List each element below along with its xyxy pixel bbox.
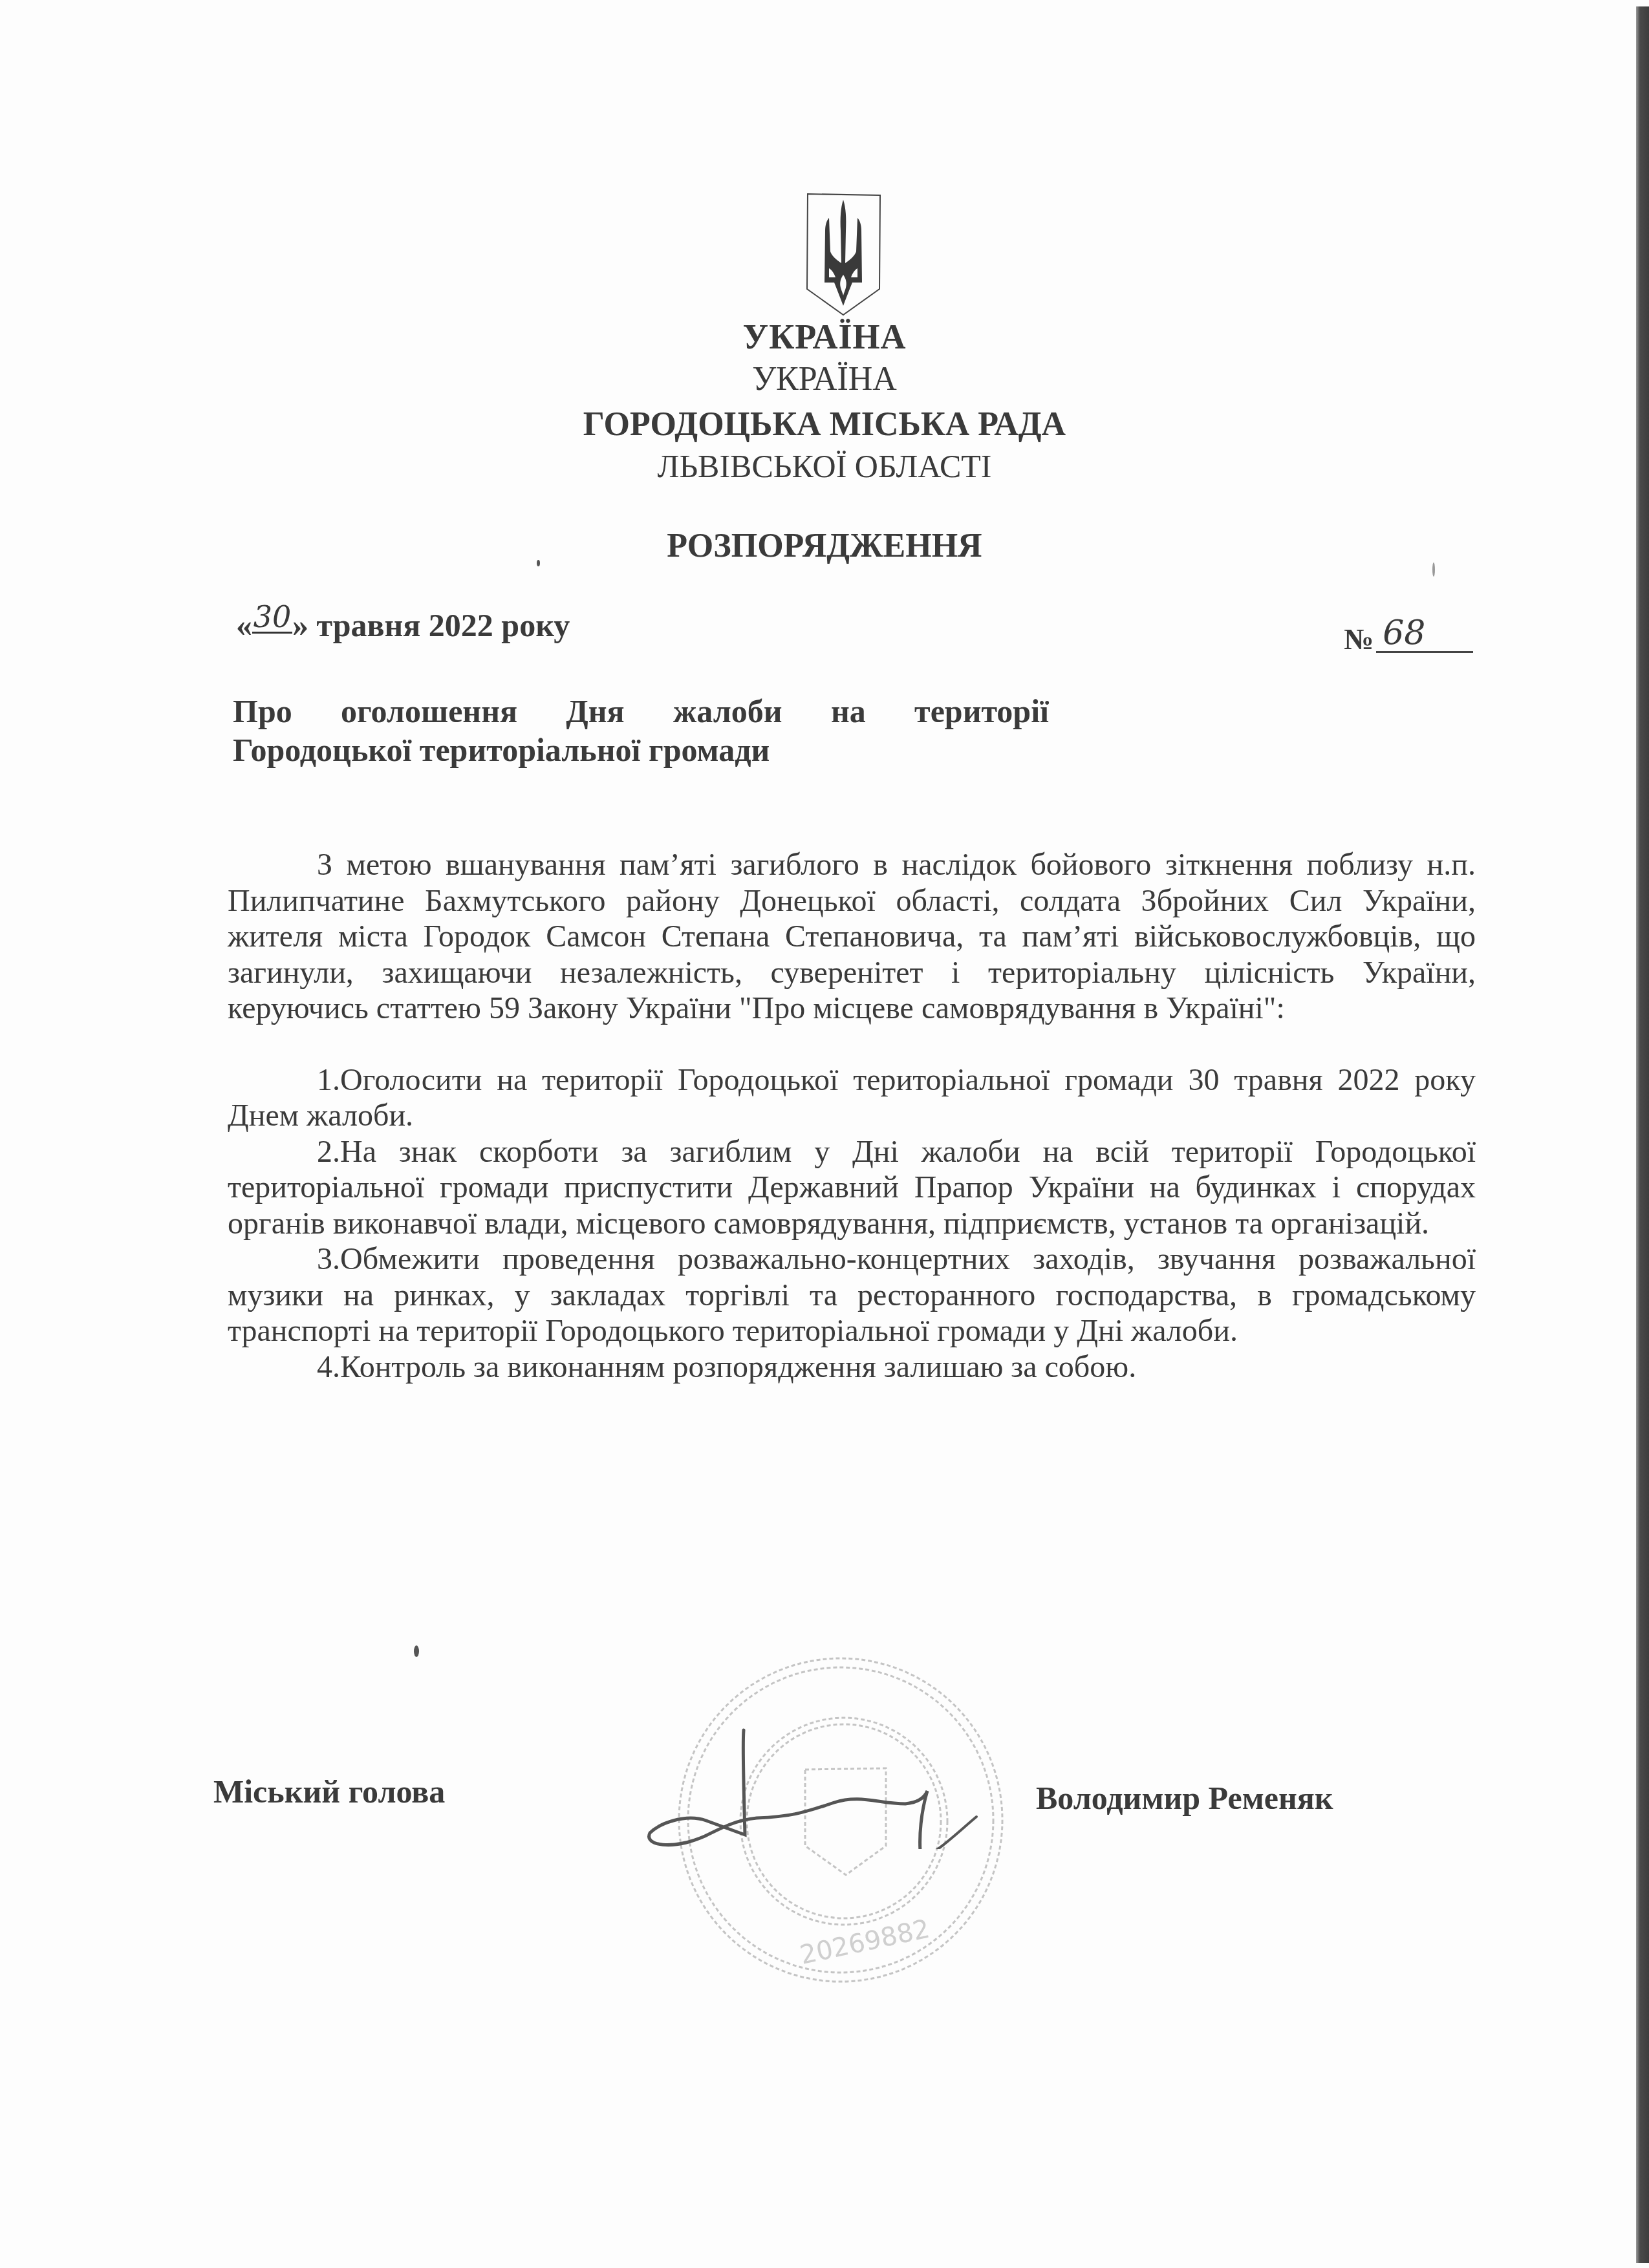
signatory-title: Міський голова: [213, 1773, 445, 1810]
document-type-title: РОЗПОРЯДЖЕННЯ: [0, 527, 1649, 565]
subject-word: Про: [233, 692, 292, 731]
signatory-name: Володимир Ременяк: [1036, 1779, 1333, 1817]
number-label: №: [1344, 623, 1374, 656]
scan-speck: [1432, 562, 1435, 577]
order-item-3: 3.Обмежити проведення розважально-концер…: [228, 1241, 1476, 1349]
country-heading-bold: УКРАЇНА: [0, 317, 1649, 357]
council-name: ГОРОДОЦЬКА МІСЬКА РАДА: [0, 405, 1649, 444]
subject-word: на: [831, 692, 866, 731]
document-body: З метою вшанування пам’яті загиблого в н…: [228, 847, 1476, 1385]
preamble-paragraph: З метою вшанування пам’яті загиблого в н…: [228, 847, 1476, 1027]
subject-word: Дня: [566, 692, 624, 731]
order-item-2: 2.На знак скорботи за загиблим у Дні жал…: [228, 1134, 1476, 1242]
country-heading: УКРАЇНА: [0, 360, 1649, 398]
ukraine-trident-emblem-icon: [806, 192, 881, 316]
region-name: ЛЬВІВСЬКОЇ ОБЛАСТІ: [0, 447, 1649, 485]
subject-word: оголошення: [341, 692, 517, 731]
scan-speck: [537, 560, 540, 566]
subject-line-1: Про оголошення Дня жалоби на території: [233, 692, 1049, 731]
subject-word: жалоби: [673, 692, 782, 731]
scan-speck: [414, 1645, 419, 1657]
order-item-1: 1.Оголосити на території Городоцької тер…: [228, 1062, 1476, 1134]
date-open-quote: «: [236, 607, 252, 643]
date-day-handwritten: 30: [252, 602, 292, 634]
date-close-quote: »: [292, 607, 308, 643]
date-month-year: травня 2022 року: [308, 607, 570, 643]
subject-word: території: [914, 692, 1049, 731]
handwritten-signature-icon: [647, 1707, 996, 1849]
document-date: «30» травня 2022 року: [236, 606, 570, 644]
document-subject: Про оголошення Дня жалоби на території Г…: [233, 692, 1073, 769]
order-item-4: 4.Контроль за виконанням розпорядження з…: [228, 1349, 1476, 1385]
number-value-handwritten: 68: [1376, 615, 1473, 653]
svg-text:20269882: 20269882: [797, 1914, 932, 1971]
subject-line-2: Городоцької територіальної громади: [233, 731, 1073, 769]
document-number: №68: [1344, 621, 1473, 658]
